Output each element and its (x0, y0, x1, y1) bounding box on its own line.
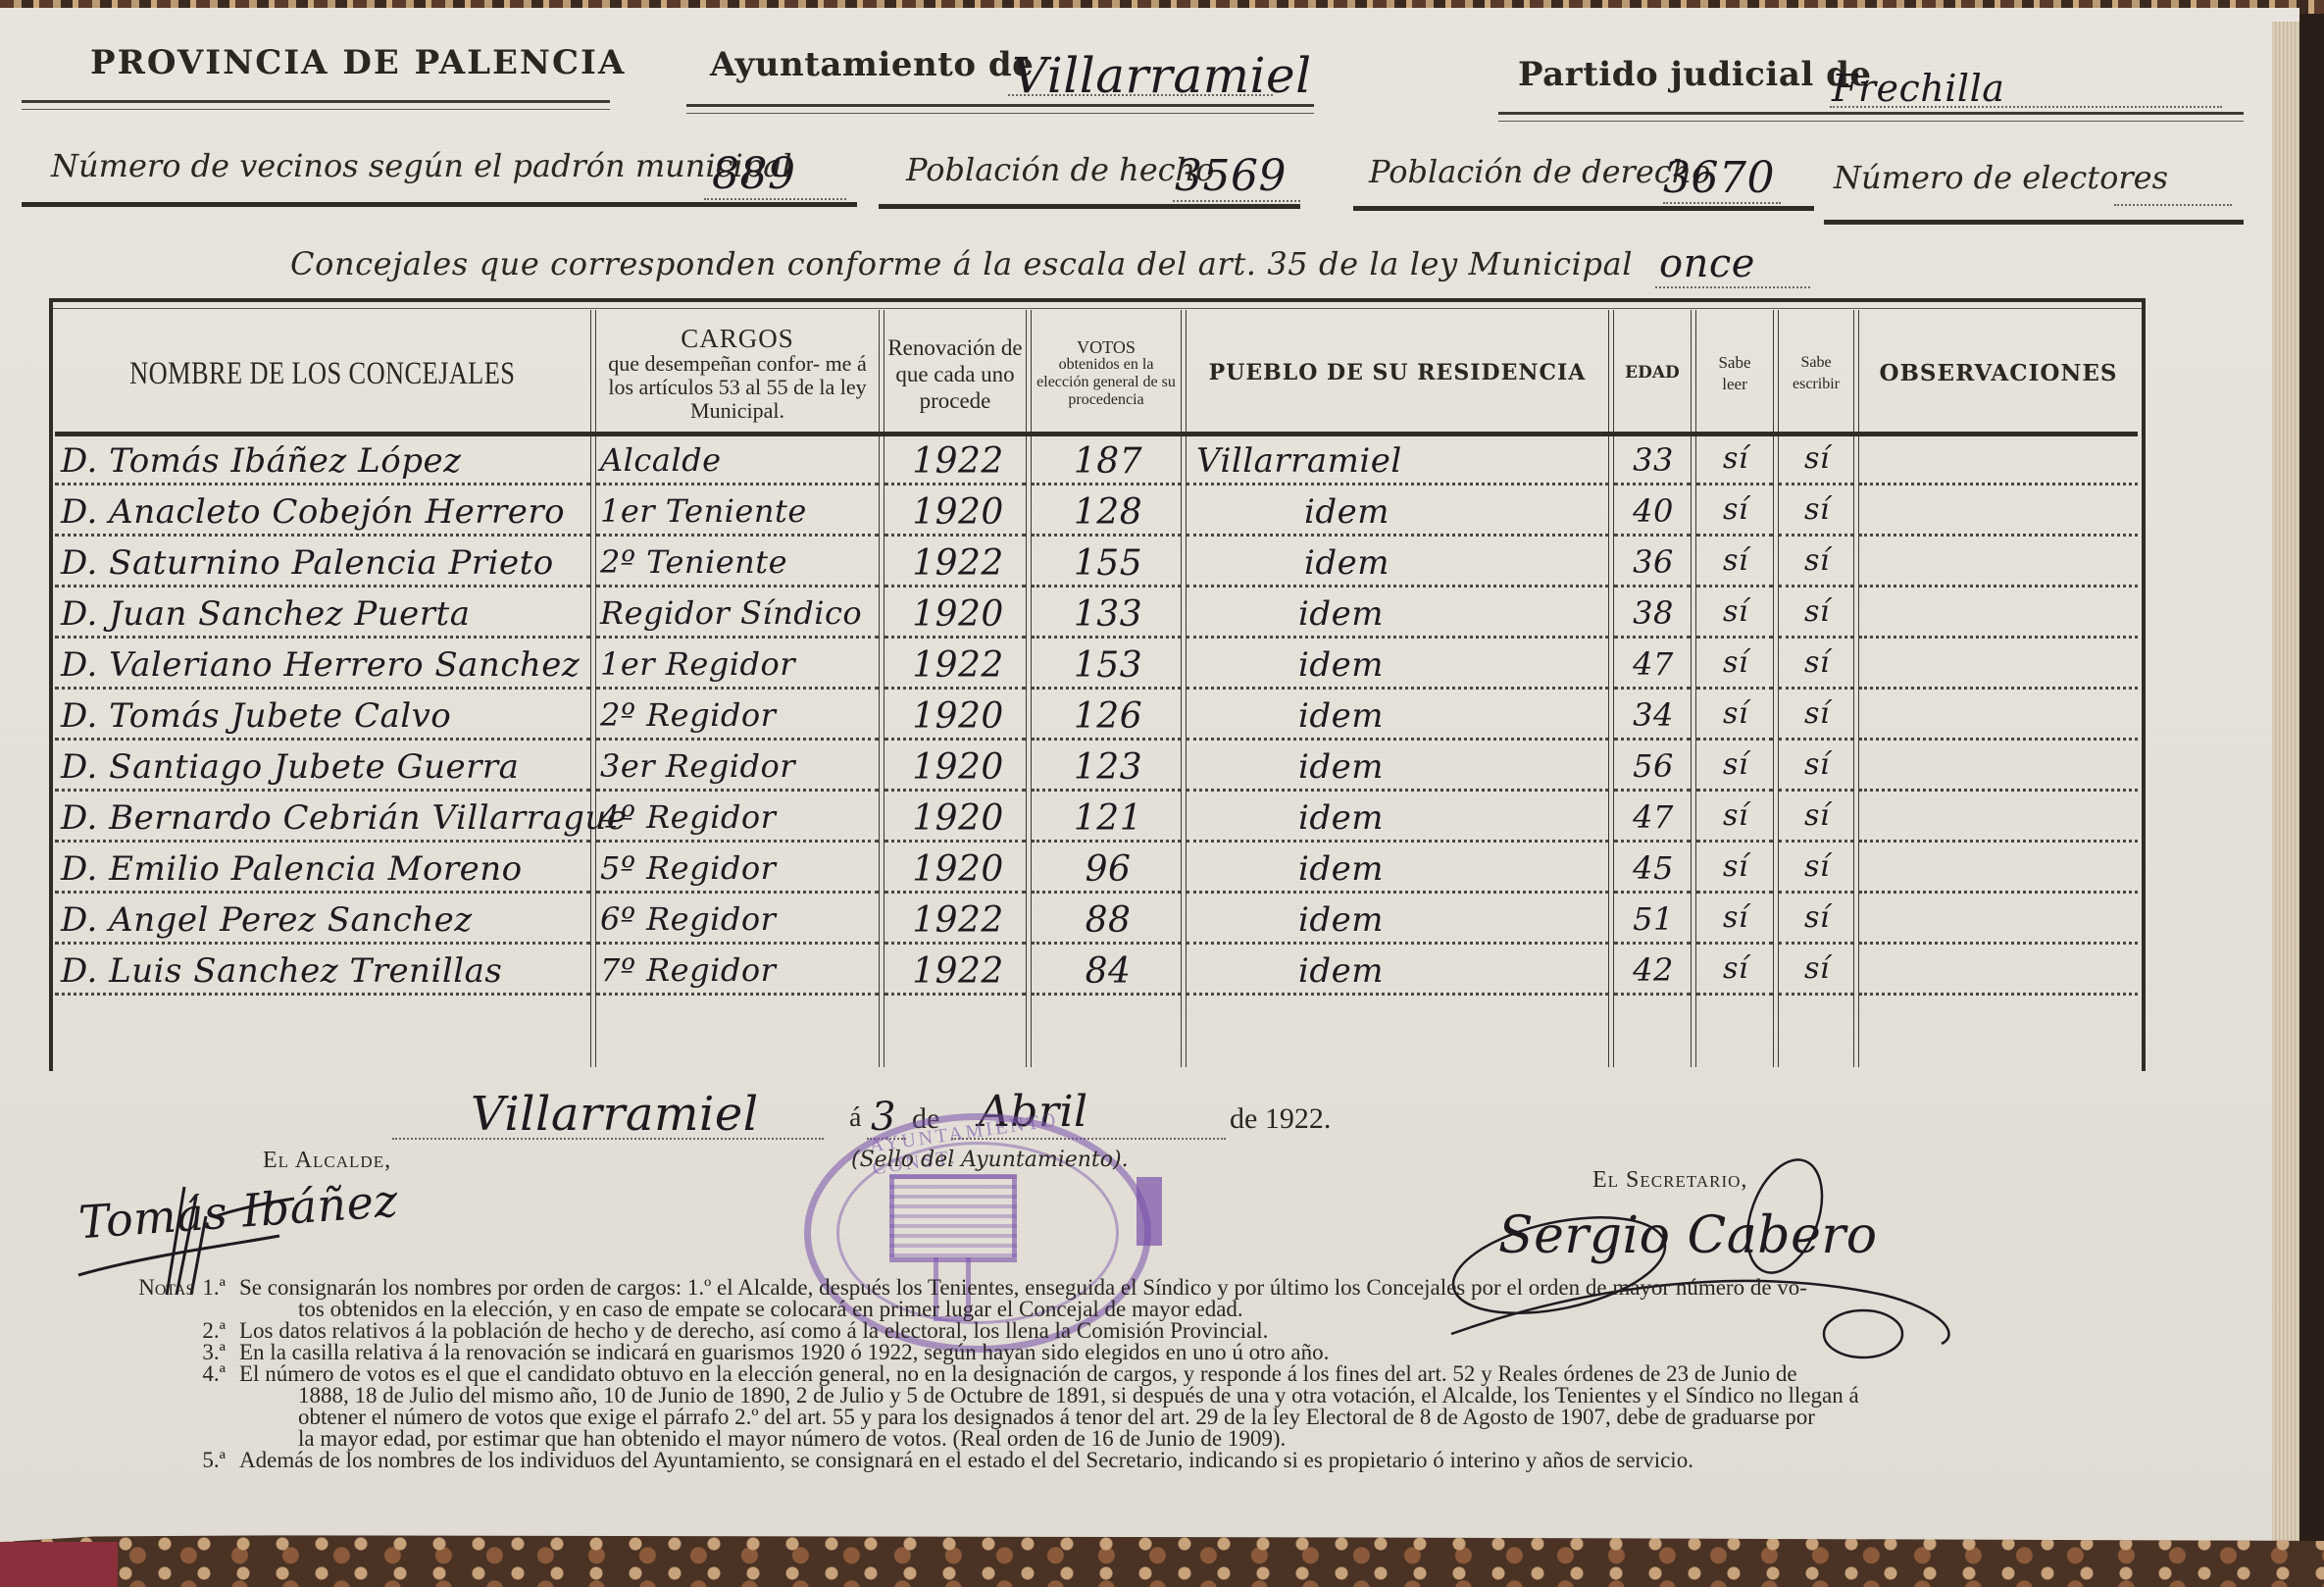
row-rule (884, 738, 1026, 741)
cell-votos: 96 (1039, 849, 1177, 890)
cell-votos: 153 (1039, 645, 1177, 686)
row-rule (1859, 840, 2138, 843)
coat-of-arms-icon (889, 1174, 1017, 1262)
note-text: la mayor edad, por estimar que han obten… (239, 1428, 2255, 1450)
cell-escribir: sí (1781, 441, 1853, 476)
cell-escribir: sí (1781, 543, 1853, 578)
cell-edad: 40 (1616, 492, 1691, 530)
row-rule (1779, 738, 1853, 741)
row-rule (1614, 534, 1691, 537)
cell-leer: sí (1698, 849, 1773, 884)
row-rule (884, 891, 1026, 894)
cell-votos: 121 (1039, 798, 1177, 839)
row-rule (596, 483, 879, 486)
cell-edad: 51 (1616, 900, 1691, 938)
cell-cargo: 4º Regidor (600, 798, 776, 836)
derecho-label: Población de derecho (1369, 153, 1711, 190)
cell-edad: 47 (1616, 645, 1691, 683)
cell-renovacion: 1922 (894, 900, 1022, 941)
concejales-value: once (1659, 241, 1755, 286)
cell-edad: 45 (1616, 849, 1691, 887)
note-line: la mayor edad, por estimar que han obten… (69, 1428, 2255, 1450)
row-rule (1696, 585, 1773, 588)
row-rule (1779, 483, 1853, 486)
cell-renovacion: 1922 (894, 951, 1022, 992)
row-rule (1696, 534, 1773, 537)
row-rule (1696, 789, 1773, 792)
row-rule (1032, 993, 1181, 996)
row-rule (1614, 891, 1691, 894)
cell-votos: 155 (1039, 543, 1177, 584)
note-text: tos obtenidos en la elección, y en caso … (239, 1299, 2255, 1320)
cell-nombre: D. Santiago Jubete Guerra (61, 747, 519, 787)
cell-votos: 126 (1039, 696, 1177, 737)
cell-votos: 84 (1039, 951, 1177, 992)
row-rule (1032, 789, 1181, 792)
cell-leer: sí (1698, 492, 1773, 527)
row-rule (1614, 840, 1691, 843)
row-rule (1614, 738, 1691, 741)
hecho-field: 3569 (1173, 175, 1300, 202)
cell-pueblo: idem (1298, 594, 1384, 634)
row-rule (596, 687, 879, 690)
cell-leer: sí (1698, 747, 1773, 782)
row-rule (1032, 942, 1181, 945)
derecho-field: 3670 (1663, 177, 1781, 204)
row-rule (1614, 636, 1691, 639)
row-rule (1032, 687, 1181, 690)
row-rule (1859, 993, 2138, 996)
header-edad: EDAD (1614, 316, 1691, 432)
notes-section: Notas1.ªSe consignarán los nombres por o… (69, 1277, 2255, 1471)
concejales-field: once (1655, 279, 1810, 288)
partido-field: Frechilla (1830, 77, 2222, 108)
cell-escribir: sí (1781, 798, 1853, 833)
cell-edad: 34 (1616, 696, 1691, 734)
cell-leer: sí (1698, 543, 1773, 578)
row-rule (1187, 789, 1608, 792)
row-rule (1859, 789, 2138, 792)
row-rule (55, 687, 590, 690)
row-rule (55, 636, 590, 639)
cell-edad: 42 (1616, 951, 1691, 989)
row-rule (884, 789, 1026, 792)
row-rule (1614, 585, 1691, 588)
row-rule (1187, 483, 1608, 486)
vecinos-label: Número de vecinos según el padrón munici… (51, 147, 792, 184)
cell-pueblo: idem (1298, 951, 1384, 991)
row-rule (596, 636, 879, 639)
ayuntamiento-label: Ayuntamiento de (710, 45, 1034, 84)
hecho-rule (879, 204, 1300, 209)
cell-nombre: D. Emilio Palencia Moreno (61, 849, 523, 889)
note-line: obtener el número de votos que exige el … (69, 1407, 2255, 1428)
row-rule (55, 891, 590, 894)
row-rule (55, 738, 590, 741)
cell-cargo: 2º Teniente (600, 543, 787, 581)
notes-title: Notas (138, 1275, 194, 1300)
cell-cargo: Regidor Síndico (600, 594, 862, 632)
row-rule (1032, 738, 1181, 741)
sello-label: (Sello del Ayuntamiento). (851, 1148, 1129, 1172)
hecho-label: Población de hecho (906, 151, 1214, 188)
row-rule (55, 789, 590, 792)
cell-edad: 38 (1616, 594, 1691, 632)
cell-escribir: sí (1781, 951, 1853, 986)
row-rule (1032, 891, 1181, 894)
row-rule (1779, 840, 1853, 843)
row-rule (1859, 585, 2138, 588)
cell-renovacion: 1920 (894, 594, 1022, 635)
row-rule (55, 840, 590, 843)
cell-edad: 36 (1616, 543, 1691, 581)
row-rule (1187, 534, 1608, 537)
cell-pueblo: idem (1298, 747, 1384, 787)
note-text: Los datos relativos á la población de he… (239, 1320, 2255, 1342)
row-rule (1187, 687, 1608, 690)
row-rule (884, 636, 1026, 639)
row-rule (1696, 687, 1773, 690)
date-year: de 1922. (1230, 1102, 1331, 1136)
row-rule (1187, 942, 1608, 945)
cell-pueblo: idem (1298, 696, 1384, 736)
row-rule (55, 942, 590, 945)
note-text: En la casilla relativa á la renovación s… (239, 1342, 2255, 1363)
note-text: Además de los nombres de los individuos … (239, 1450, 2255, 1471)
cell-escribir: sí (1781, 849, 1853, 884)
row-rule (1696, 942, 1773, 945)
ayuntamiento-rule (686, 104, 1314, 114)
row-rule (596, 891, 879, 894)
cell-escribir: sí (1781, 492, 1853, 527)
row-rule (884, 840, 1026, 843)
partido-label: Partido judicial de (1518, 55, 1872, 94)
electores-field (2114, 180, 2232, 206)
cell-cargo: 1er Teniente (600, 492, 807, 530)
cell-nombre: D. Tomás Jubete Calvo (61, 696, 451, 736)
cell-pueblo: idem (1298, 900, 1384, 940)
cell-escribir: sí (1781, 696, 1853, 731)
cell-leer: sí (1698, 441, 1773, 476)
row-rule (55, 483, 590, 486)
row-rule (1859, 483, 2138, 486)
row-rule (884, 687, 1026, 690)
header-escribir: Sabe escribir (1779, 316, 1853, 432)
partido-value: Frechilla (1832, 67, 2004, 110)
cell-nombre: D. Valeriano Herrero Sanchez (61, 645, 580, 685)
row-rule (1032, 534, 1181, 537)
row-rule (55, 993, 590, 996)
vecinos-field: 889 (704, 173, 846, 200)
date-place-field: Villarramiel (392, 1134, 824, 1140)
row-rule (1614, 483, 1691, 486)
row-rule (596, 789, 879, 792)
ayuntamiento-value: Villarramiel (1012, 47, 1312, 104)
row-rule (1614, 942, 1691, 945)
cell-edad: 33 (1616, 441, 1691, 479)
cell-renovacion: 1922 (894, 441, 1022, 482)
row-rule (884, 993, 1026, 996)
row-rule (1187, 891, 1608, 894)
cell-renovacion: 1920 (894, 849, 1022, 890)
row-rule (1859, 636, 2138, 639)
cell-nombre: D. Bernardo Cebrián Villarrague (61, 798, 627, 838)
cell-cargo: 3er Regidor (600, 747, 795, 785)
cell-pueblo: Villarramiel (1196, 441, 1402, 481)
cell-edad: 47 (1616, 798, 1691, 836)
cell-nombre: D. Juan Sanchez Puerta (61, 594, 471, 634)
note-number: 5.ª (202, 1448, 226, 1472)
row-rule (596, 942, 879, 945)
date-a: á (849, 1102, 861, 1134)
cell-cargo: 2º Regidor (600, 696, 776, 734)
row-rule (1859, 891, 2138, 894)
row-rule (1779, 993, 1853, 996)
cell-renovacion: 1920 (894, 696, 1022, 737)
electores-rule (1824, 220, 2244, 225)
row-rule (1779, 534, 1853, 537)
note-number: 1.ª (202, 1275, 226, 1300)
cell-votos: 133 (1039, 594, 1177, 635)
cell-pueblo: idem (1304, 492, 1389, 532)
row-rule (1779, 789, 1853, 792)
header-votos: VOTOS obtenidos en la elección general d… (1032, 316, 1181, 432)
row-rule (884, 942, 1026, 945)
cell-cargo: 1er Regidor (600, 645, 795, 683)
row-rule (1696, 891, 1773, 894)
row-rule (1614, 993, 1691, 996)
cell-leer: sí (1698, 900, 1773, 935)
row-rule (1614, 687, 1691, 690)
derecho-rule (1353, 206, 1814, 211)
cell-votos: 123 (1039, 747, 1177, 788)
note-line: tos obtenidos en la elección, y en caso … (69, 1299, 2255, 1320)
cell-leer: sí (1698, 645, 1773, 680)
row-rule (1187, 738, 1608, 741)
note-text: 1888, 18 de Julio del mismo año, 10 de J… (239, 1385, 2255, 1407)
note-text: obtener el número de votos que exige el … (239, 1407, 2255, 1428)
row-rule (1032, 585, 1181, 588)
row-rule (1779, 891, 1853, 894)
header-renovacion: Renovación de que cada uno procede (884, 316, 1026, 432)
cell-pueblo: idem (1304, 543, 1389, 583)
row-rule (596, 738, 879, 741)
row-rule (1696, 738, 1773, 741)
ayuntamiento-field: Villarramiel (1008, 65, 1273, 96)
row-rule (1032, 483, 1181, 486)
cell-escribir: sí (1781, 900, 1853, 935)
provincia-rule (22, 100, 610, 110)
cell-cargo: 6º Regidor (600, 900, 776, 938)
row-rule (1032, 840, 1181, 843)
cell-edad: 56 (1616, 747, 1691, 785)
header-cargos: CARGOS que desempeñan confor- me á los a… (596, 316, 879, 432)
cell-escribir: sí (1781, 747, 1853, 782)
cell-votos: 128 (1039, 492, 1177, 533)
row-rule (1696, 636, 1773, 639)
header-nombre: NOMBRE DE LOS CONCEJALES (55, 316, 590, 432)
row-rule (884, 585, 1026, 588)
cell-leer: sí (1698, 798, 1773, 833)
row-rule (1779, 585, 1853, 588)
row-rule (596, 993, 879, 996)
cell-escribir: sí (1781, 594, 1853, 629)
cell-leer: sí (1698, 951, 1773, 986)
cell-leer: sí (1698, 594, 1773, 629)
row-rule (1779, 942, 1853, 945)
row-rule (1779, 636, 1853, 639)
vecinos-rule (22, 202, 857, 207)
alcalde-signature-flourish (69, 1157, 324, 1295)
note-line: 5.ªAdemás de los nombres de los individu… (69, 1450, 2255, 1471)
date-place: Villarramiel (471, 1087, 759, 1142)
cell-cargo: Alcalde (600, 441, 722, 479)
cell-votos: 187 (1039, 441, 1177, 482)
row-rule (596, 840, 879, 843)
cell-pueblo: idem (1298, 798, 1384, 838)
cell-pueblo: idem (1298, 849, 1384, 889)
cell-votos: 88 (1039, 900, 1177, 941)
note-line: 4.ªEl número de votos es el que el candi… (69, 1363, 2255, 1385)
row-rule (1859, 534, 2138, 537)
cell-nombre: D. Anacleto Cobejón Herrero (61, 492, 565, 532)
row-rule (1187, 636, 1608, 639)
row-rule (55, 534, 590, 537)
row-rule (1859, 687, 2138, 690)
row-rule (884, 534, 1026, 537)
note-text: El número de votos es el que el candidat… (239, 1363, 2255, 1385)
book-binding-bottom (0, 1532, 2324, 1587)
header-observaciones: OBSERVACIONES (1859, 316, 2138, 432)
cell-nombre: D. Angel Perez Sanchez (61, 900, 473, 940)
note-line: 3.ªEn la casilla relativa á la renovació… (69, 1342, 2255, 1363)
vecinos-value: 889 (712, 149, 795, 199)
header-rule (55, 432, 2138, 436)
row-rule (1187, 840, 1608, 843)
row-rule (55, 585, 590, 588)
row-rule (1614, 789, 1691, 792)
derecho-value: 3670 (1663, 153, 1775, 203)
row-rule (1696, 993, 1773, 996)
bookmark-ribbon (0, 1542, 118, 1587)
provincia-title: PROVINCIA DE PALENCIA (90, 43, 626, 82)
cell-cargo: 7º Regidor (600, 951, 776, 989)
cell-cargo: 5º Regidor (600, 849, 776, 887)
cell-leer: sí (1698, 696, 1773, 731)
header-pueblo: PUEBLO DE SU RESIDENCIA (1187, 316, 1608, 432)
cell-nombre: D. Tomás Ibáñez López (61, 441, 462, 481)
row-rule (1187, 585, 1608, 588)
note-line: 1888, 18 de Julio del mismo año, 10 de J… (69, 1385, 2255, 1407)
hecho-value: 3569 (1175, 151, 1287, 201)
cell-renovacion: 1920 (894, 747, 1022, 788)
row-rule (1696, 483, 1773, 486)
cell-escribir: sí (1781, 645, 1853, 680)
partido-rule (1498, 112, 2244, 122)
row-rule (1779, 687, 1853, 690)
row-rule (1032, 636, 1181, 639)
row-rule (1696, 840, 1773, 843)
row-rule (1859, 738, 2138, 741)
cell-nombre: D. Luis Sanchez Trenillas (61, 951, 502, 991)
cell-renovacion: 1922 (894, 645, 1022, 686)
note-line: Notas1.ªSe consignarán los nombres por o… (69, 1277, 2255, 1299)
cell-pueblo: idem (1298, 645, 1384, 685)
row-rule (596, 585, 879, 588)
row-rule (1859, 942, 2138, 945)
page-edge (2272, 22, 2299, 1561)
row-rule (596, 534, 879, 537)
concejales-label: Concejales que corresponden conforme á l… (290, 245, 1633, 282)
header-leer: Sabe leer (1696, 316, 1773, 432)
note-text: Se consignarán los nombres por orden de … (239, 1277, 2255, 1299)
note-number: 4.ª (202, 1361, 226, 1386)
cell-renovacion: 1920 (894, 492, 1022, 533)
cell-renovacion: 1922 (894, 543, 1022, 584)
cell-nombre: D. Saturnino Palencia Prieto (61, 543, 554, 583)
cell-renovacion: 1920 (894, 798, 1022, 839)
note-line: 2.ªLos datos relativos á la población de… (69, 1320, 2255, 1342)
row-rule (1187, 993, 1608, 996)
row-rule (884, 483, 1026, 486)
